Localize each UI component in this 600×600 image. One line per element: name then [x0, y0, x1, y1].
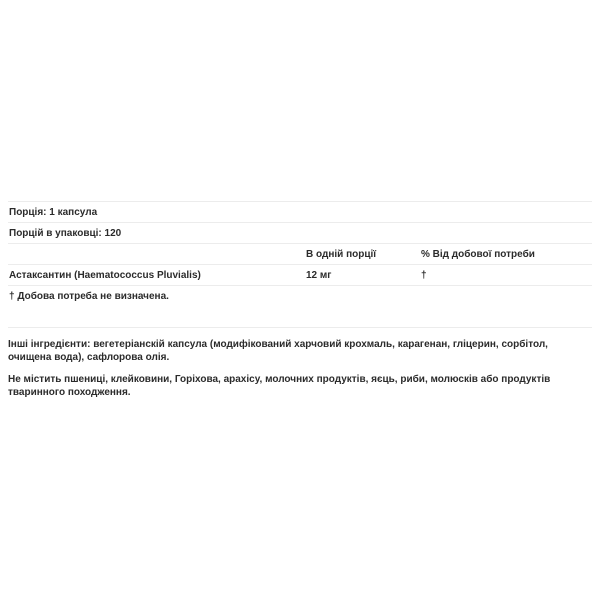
- ingredient-name: Астаксантин (Haematococcus Pluvialis): [9, 265, 201, 286]
- serving-size-row: Порція: 1 капсула: [8, 201, 592, 222]
- allergen-statement: Не містить пшениці, клейковини, Горіхова…: [8, 373, 592, 399]
- ingredient-amount: 12 мг: [306, 265, 331, 286]
- other-ingredients: Інші інгредієнти: вегетеріанскій капсула…: [8, 338, 592, 364]
- daily-value-header: % Від добової потреби: [421, 244, 535, 265]
- footnote: † Добова потреба не визначена.: [9, 286, 169, 307]
- column-header-row: В одній порції % Від добової потреби: [8, 243, 592, 264]
- servings-per-container-row: Порцій в упаковці: 120: [8, 222, 592, 243]
- ingredient-row: Астаксантин (Haematococcus Pluvialis) 12…: [8, 264, 592, 285]
- ingredient-daily-value: †: [421, 265, 427, 286]
- footnote-row: † Добова потреба не визначена.: [8, 285, 592, 328]
- other-info: Інші інгредієнти: вегетеріанскій капсула…: [8, 338, 592, 408]
- supplement-facts-table: Порція: 1 капсула Порцій в упаковці: 120…: [8, 201, 592, 328]
- amount-per-serving-header: В одній порції: [306, 244, 376, 265]
- servings-per-container: Порцій в упаковці: 120: [9, 223, 121, 244]
- serving-size: Порція: 1 капсула: [9, 202, 97, 223]
